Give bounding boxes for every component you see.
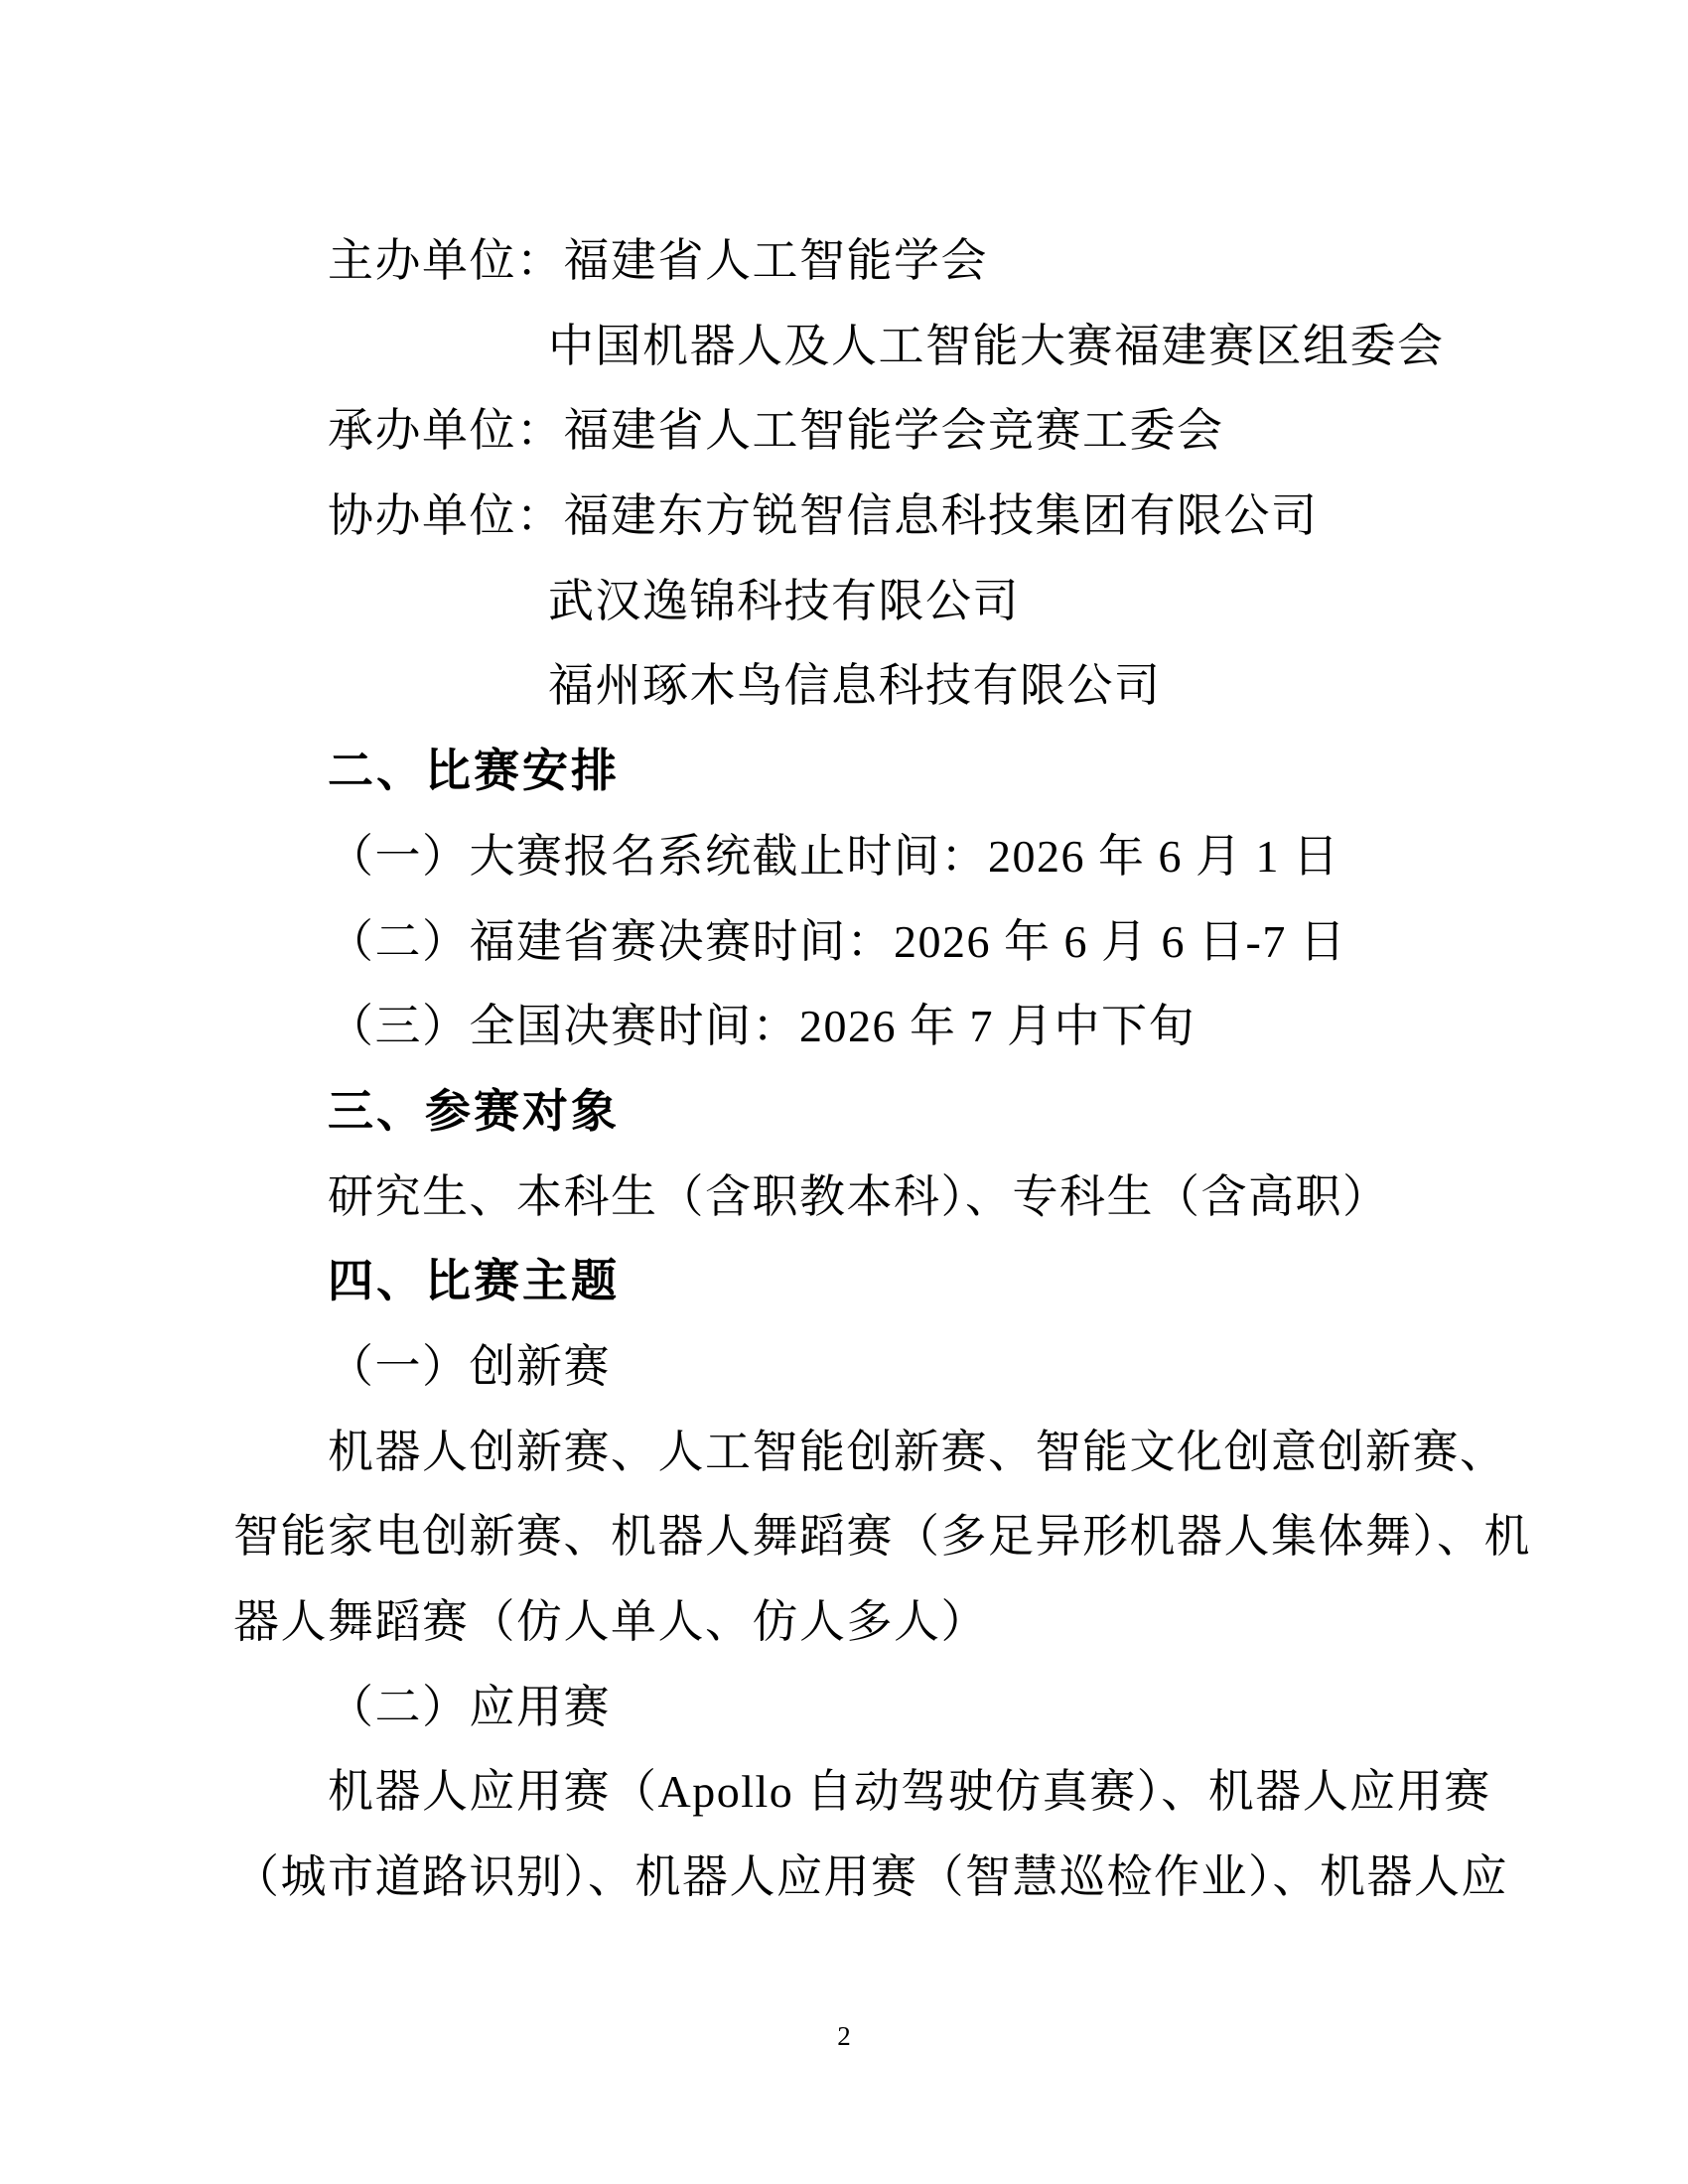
line-undertaker-unit: 承办单位：福建省人工智能学会竞赛工委会 xyxy=(233,388,1465,474)
heading-competition-schedule: 二、比赛安排 xyxy=(233,729,1465,814)
line-innovation-events-2: 智能家电创新赛、机器人舞蹈赛（多足异形机器人集体舞）、机 xyxy=(233,1494,1465,1579)
host-unit-name-2: 中国机器人及人工智能大赛福建赛区组委会 xyxy=(548,321,1445,371)
heading-participants: 三、参赛对象 xyxy=(233,1069,1465,1155)
subheading-application-competition: （二）应用赛 xyxy=(233,1665,1465,1750)
line-host-unit-2: 中国机器人及人工智能大赛福建赛区组委会 xyxy=(233,304,1465,389)
host-unit-label: 主办单位： xyxy=(328,235,564,286)
item-provincial-final-time: （二）福建省赛决赛时间：2026 年 6 月 6 日-7 日 xyxy=(233,899,1465,985)
item-registration-deadline: （一）大赛报名系统截止时间：2026 年 6 月 1 日 xyxy=(233,814,1465,899)
page-number: 2 xyxy=(0,2021,1688,2052)
heading-competition-theme: 四、比赛主题 xyxy=(233,1239,1465,1324)
line-innovation-events-1: 机器人创新赛、人工智能创新赛、智能文化创意创新赛、 xyxy=(233,1410,1465,1495)
co-organizer-name-3: 福州琢木鸟信息科技有限公司 xyxy=(548,660,1162,711)
undertaker-unit-name: 福建省人工智能学会竞赛工委会 xyxy=(564,405,1224,456)
undertaker-unit-label: 承办单位： xyxy=(328,405,564,456)
line-innovation-events-3: 器人舞蹈赛（仿人单人、仿人多人） xyxy=(233,1579,1465,1665)
item-national-final-time: （三）全国决赛时间：2026 年 7 月中下旬 xyxy=(233,984,1465,1069)
line-host-unit: 主办单位：福建省人工智能学会 xyxy=(233,218,1465,304)
co-organizer-label: 协办单位： xyxy=(328,490,564,541)
line-application-events-1: 机器人应用赛（Apollo 自动驾驶仿真赛）、机器人应用赛 xyxy=(233,1749,1465,1835)
line-co-organizer-unit-2: 武汉逸锦科技有限公司 xyxy=(233,559,1465,644)
subheading-innovation-competition: （一）创新赛 xyxy=(233,1324,1465,1410)
line-co-organizer-unit: 协办单位：福建东方锐智信息科技集团有限公司 xyxy=(233,474,1465,559)
document-body: 主办单位：福建省人工智能学会 中国机器人及人工智能大赛福建赛区组委会 承办单位：… xyxy=(233,218,1465,1920)
line-application-events-2: （城市道路识别）、机器人应用赛（智慧巡检作业）、机器人应 xyxy=(233,1835,1465,1920)
host-unit-name: 福建省人工智能学会 xyxy=(564,235,989,286)
line-co-organizer-unit-3: 福州琢木鸟信息科技有限公司 xyxy=(233,643,1465,729)
line-participants-body: 研究生、本科生（含职教本科）、专科生（含高职） xyxy=(233,1155,1465,1240)
co-organizer-name-1: 福建东方锐智信息科技集团有限公司 xyxy=(564,490,1319,541)
co-organizer-name-2: 武汉逸锦科技有限公司 xyxy=(548,576,1020,626)
